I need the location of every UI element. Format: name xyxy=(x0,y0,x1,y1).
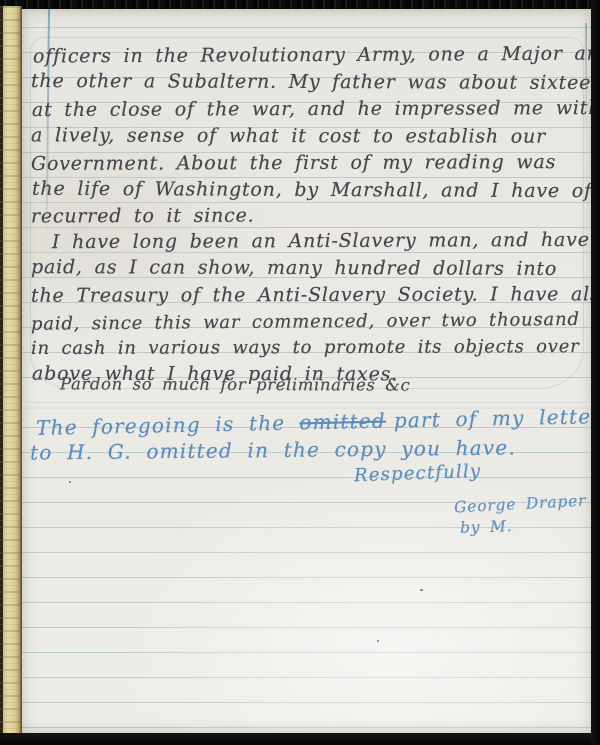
paper-speck xyxy=(377,640,379,642)
annotation-text: part of my letter xyxy=(394,404,592,432)
binding-bottom-edge xyxy=(0,733,600,745)
manuscript-postscript: Pardon so much for preliminaries &c xyxy=(60,371,410,398)
manuscript-line: the life of Washington, by Marshall, and… xyxy=(32,176,592,205)
photo-frame: officers in the Revolutionary Army, one … xyxy=(0,0,600,745)
paper-speck xyxy=(420,589,423,591)
annotation-closing: Respectfully xyxy=(354,459,482,489)
manuscript-line: the Treasury of the Anti-Slavery Society… xyxy=(31,281,592,309)
manuscript-page: officers in the Revolutionary Army, one … xyxy=(22,9,592,733)
manuscript-line: paid, since this war commenced, over two… xyxy=(31,306,592,337)
manuscript-line: a lively, sense of what it cost to estab… xyxy=(31,122,546,149)
manuscript-line: officers in the Revolutionary Army, one … xyxy=(33,40,592,69)
manuscript-line: in cash in various ways to promote its o… xyxy=(31,334,592,362)
book-fore-edge xyxy=(0,6,22,737)
manuscript-line: recurred to it since. xyxy=(31,203,255,230)
manuscript-line: Government. About the first of my readin… xyxy=(31,149,556,177)
manuscript-line: paid, as I can show, many hundred dollar… xyxy=(31,254,557,282)
annotation-struck-word: omitted xyxy=(299,409,386,435)
annotation-signature-note: by M. xyxy=(460,513,513,541)
manuscript-line: at the close of the war, and he impresse… xyxy=(32,95,592,123)
manuscript-line: the other a Subaltern. My father was abo… xyxy=(31,68,592,96)
paper-speck xyxy=(69,481,71,483)
manuscript-line: I have long been an Anti-Slavery man, an… xyxy=(52,227,590,255)
annotation-text: The foregoing is the xyxy=(36,411,286,440)
binding-right-edge xyxy=(591,0,600,745)
